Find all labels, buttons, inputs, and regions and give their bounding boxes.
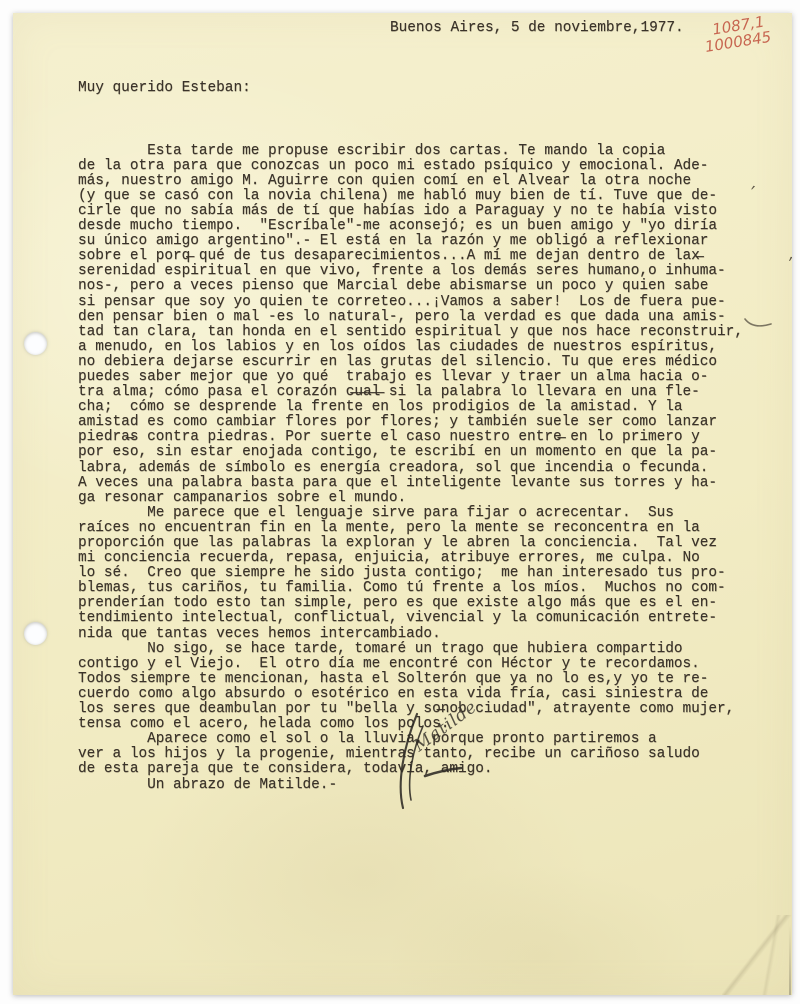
letter-line: tendimiento intelectual, conflictual, vi… xyxy=(78,611,743,626)
letter-line: por eso, sin estar enojada contigo, te e… xyxy=(78,445,743,460)
signature-handwriting: Matilde xyxy=(385,700,505,815)
letter-line: nida que tantas veces hemos intercambiad… xyxy=(78,627,743,642)
margin-ink-mark xyxy=(743,315,773,329)
letter-line: den pensar bien o mal -es lo natural-, p… xyxy=(78,310,743,325)
letter-paper: Buenos Aires, 5 de noviembre,1977. 1087,… xyxy=(13,13,792,995)
letter-line: labra, además de símbolo es energía crea… xyxy=(78,461,743,476)
paper-crease xyxy=(722,915,792,995)
letter-line: contigo y el Viejo. El otro día me encon… xyxy=(78,657,743,672)
letter-line: Me parece que el lenguaje sirve para fij… xyxy=(78,506,743,521)
letter-line: más, nuestro amigo M. Aguirre con quien … xyxy=(78,174,743,189)
letter-line: su único amigo argentino".- El está en l… xyxy=(78,234,743,249)
letter-line: de la otra para que conozcas un poco mi … xyxy=(78,159,743,174)
letter-line: no debiera dejarse escurrir en las gruta… xyxy=(78,355,743,370)
letter-line: cirle que no sabía más de tí que habías … xyxy=(78,204,743,219)
letter-line: ga resonar campanarios sobre el mundo. xyxy=(78,491,743,506)
letter-line: raíces no encuentran fin en la mente, pe… xyxy=(78,521,743,536)
margin-ink-mark: ’ xyxy=(746,183,758,200)
letter-line: No sigo, se hace tarde, tomaré un trago … xyxy=(78,642,743,657)
letter-line: proporción que las palabras la exploran … xyxy=(78,536,743,551)
signature-name: Matilde xyxy=(409,700,481,757)
letter-line: Esta tarde me propuse escribir dos carta… xyxy=(78,144,743,159)
letter-line: (y que se casó con la novia chilena) me … xyxy=(78,189,743,204)
paper-edge-shadow xyxy=(789,925,791,995)
letter-line: si pensar que soy yo quien te correteo..… xyxy=(78,295,743,310)
salutation: Muy querido Esteban: xyxy=(78,81,743,96)
letter-line: a menudo, en los labios y en los oídos l… xyxy=(78,340,743,355)
letter-line: tad tan clara, tan honda en el sentido e… xyxy=(78,325,743,340)
archive-number-handwritten: 1087,1 1000845 xyxy=(711,13,792,53)
letter-line: mi conciencia recuerda, repasa, enjuicia… xyxy=(78,551,743,566)
letter-line: nos-, pero a veces pienso que Marcial de… xyxy=(78,279,743,294)
punch-hole xyxy=(24,332,47,355)
letter-line: cha; cómo se desprende la frente en los … xyxy=(78,400,743,415)
letter-line: Todos siempre te mencionan, hasta el Sol… xyxy=(78,672,743,687)
letter-line: tra alma; cómo pasa el corazón c̶u̶a̶l̶ … xyxy=(78,385,743,400)
letter-line: puedes saber mejor que yo qué trabajo es… xyxy=(78,370,743,385)
margin-ink-mark: ’ xyxy=(785,256,792,273)
pen-flick-icon xyxy=(743,315,773,329)
letter-body: Muy querido Esteban: Esta tarde me propu… xyxy=(78,51,743,793)
scanned-letter: Buenos Aires, 5 de noviembre,1977. 1087,… xyxy=(0,0,800,1004)
letter-line: A veces una palabra basta para que el in… xyxy=(78,476,743,491)
date-line: Buenos Aires, 5 de noviembre,1977. xyxy=(390,21,684,36)
letter-line: desde mucho tiempo. "Escríbale"-me acons… xyxy=(78,219,743,234)
punch-hole xyxy=(24,622,47,645)
signature-strokes-icon: Matilde xyxy=(385,700,505,815)
